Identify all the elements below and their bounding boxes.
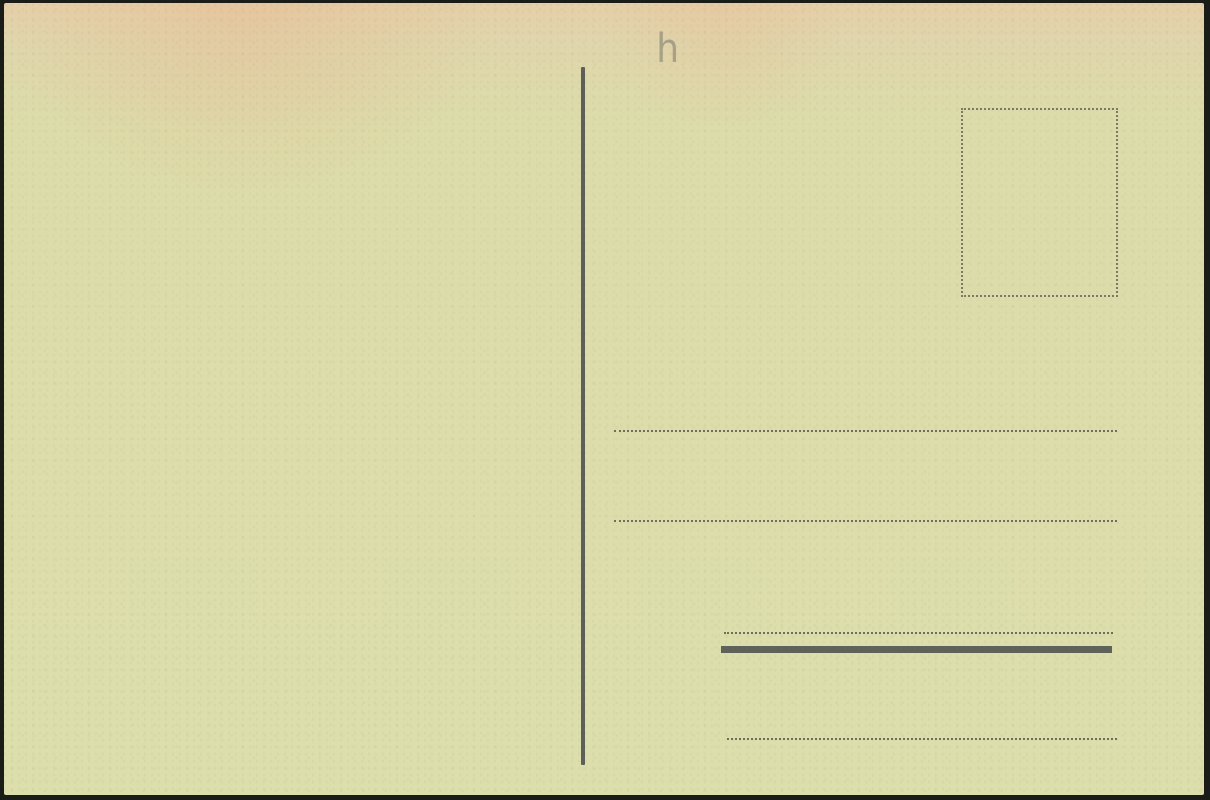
postcard-back: h xyxy=(4,3,1204,795)
address-line-3 xyxy=(724,632,1113,634)
center-divider-line xyxy=(581,67,585,765)
address-line-4-bar xyxy=(721,646,1112,653)
address-line-5 xyxy=(727,738,1117,740)
pencil-annotation: h xyxy=(656,29,679,69)
message-area xyxy=(4,3,574,795)
address-line-2 xyxy=(614,520,1117,522)
stamp-box xyxy=(961,108,1118,297)
address-line-1 xyxy=(614,430,1117,432)
